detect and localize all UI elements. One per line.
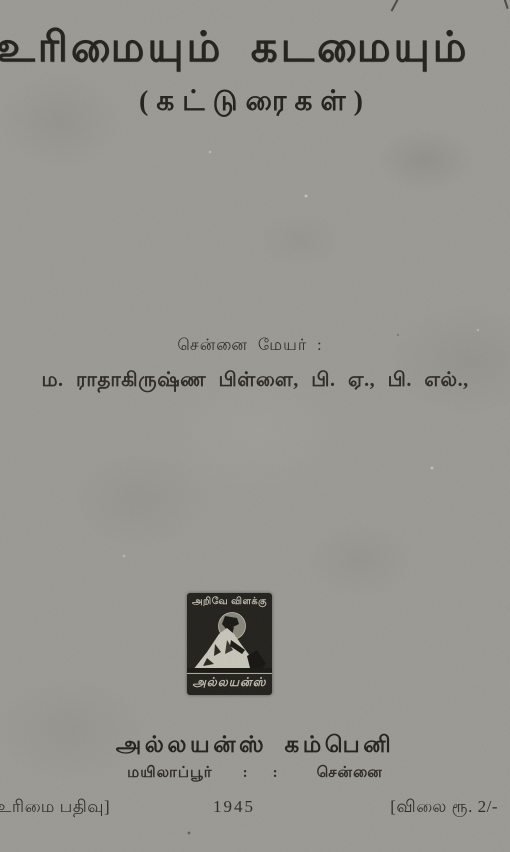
publisher-name: அல்லயன்ஸ் கம்பெனி bbox=[0, 732, 510, 761]
publisher-emblem: அறிவே விளக்கு அல்லயன்ஸ் bbox=[187, 593, 272, 695]
publication-year: 1945 bbox=[213, 797, 255, 817]
sage-writing-icon bbox=[187, 609, 272, 673]
place-mylapore: மயிலாப்பூர் bbox=[127, 764, 212, 783]
author-role: சென்னை மேயர் : bbox=[0, 336, 500, 356]
book-title: உரிமையும் கடமையும் bbox=[0, 24, 488, 77]
emblem-publisher-text: அல்லயன்ஸ் bbox=[187, 673, 272, 695]
imprint-row: உரிமை பதிவு] 1945 [விலை ரூ. 2/- bbox=[0, 797, 510, 823]
book-subtitle: (கட்டுரைகள்) bbox=[0, 86, 510, 121]
copyright-note: உரிமை பதிவு] bbox=[0, 797, 110, 819]
place-chennai: சென்னை bbox=[317, 764, 383, 783]
scan-scratch-mark bbox=[391, 0, 400, 12]
place-separator-colon: : bbox=[273, 765, 279, 782]
paper-mottling bbox=[0, 0, 510, 852]
emblem-motto-text: அறிவே விளக்கு bbox=[187, 593, 272, 609]
price-note: [விலை ரூ. 2/- bbox=[390, 797, 498, 819]
book-title-page: உரிமையும் கடமையும் (கட்டுரைகள்) சென்னை ம… bbox=[0, 0, 510, 852]
publisher-location: மயிலாப்பூர் : : சென்னை bbox=[0, 764, 510, 783]
paper-grain-texture bbox=[0, 0, 510, 852]
place-separator-colon: : bbox=[243, 765, 249, 782]
author-name: ம. ராதாகிருஷ்ண பிள்ளை, பி. ஏ., பி. எல்., bbox=[0, 369, 510, 394]
scan-scratch-mark bbox=[503, 0, 508, 9]
